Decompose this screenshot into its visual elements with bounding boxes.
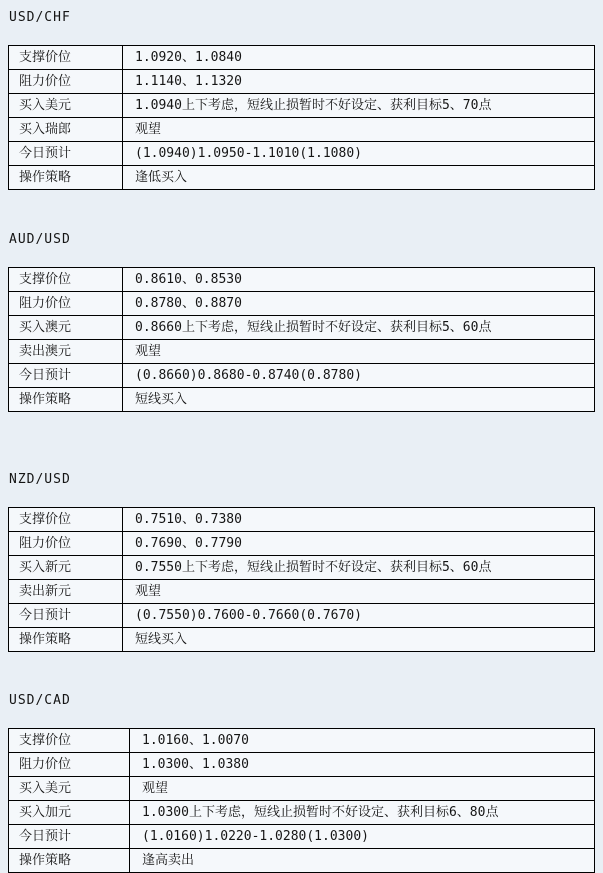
row-value: 0.7550上下考虑，短线止损暂时不好设定、获利目标5、60点: [123, 556, 595, 580]
row-label: 今日预计: [9, 142, 123, 166]
table-row: 买入美元 1.0940上下考虑，短线止损暂时不好设定、获利目标5、70点: [9, 94, 595, 118]
row-label: 阻力价位: [9, 532, 123, 556]
row-label: 卖出澳元: [9, 340, 123, 364]
table-row: 操作策略 逢低买入: [9, 166, 595, 190]
table-row: 支撑价位 1.0920、1.0840: [9, 46, 595, 70]
row-value: 逢低买入: [123, 166, 595, 190]
row-label: 买入新元: [9, 556, 123, 580]
row-value: 1.0300上下考虑，短线止损暂时不好设定、获利目标6、80点: [130, 801, 595, 825]
table-row: 买入加元 1.0300上下考虑，短线止损暂时不好设定、获利目标6、80点: [9, 801, 595, 825]
table-row: 今日预计 (0.7550)0.7600-0.7660(0.7670): [9, 604, 595, 628]
row-value: 0.8660上下考虑，短线止损暂时不好设定、获利目标5、60点: [123, 316, 595, 340]
table-row: 今日预计 (1.0940)1.0950-1.1010(1.1080): [9, 142, 595, 166]
row-label: 操作策略: [9, 628, 123, 652]
table-row: 今日预计 (1.0160)1.0220-1.0280(1.0300): [9, 825, 595, 849]
table-row: 阻力价位 1.1140、1.1320: [9, 70, 595, 94]
analysis-table: 支撑价位 0.7510、0.7380 阻力价位 0.7690、0.7790 买入…: [8, 507, 595, 652]
section-nzd-usd: NZD/USD 支撑价位 0.7510、0.7380 阻力价位 0.7690、0…: [8, 472, 595, 652]
table-row: 操作策略 短线买入: [9, 388, 595, 412]
section-usd-cad: USD/CAD 支撑价位 1.0160、1.0070 阻力价位 1.0300、1…: [8, 693, 595, 873]
row-label: 今日预计: [9, 604, 123, 628]
pair-title: AUD/USD: [9, 232, 595, 247]
table-row: 操作策略 逢高卖出: [9, 849, 595, 873]
row-label: 支撑价位: [9, 268, 123, 292]
row-value: (0.7550)0.7600-0.7660(0.7670): [123, 604, 595, 628]
row-value: 0.8780、0.8870: [123, 292, 595, 316]
table-row: 今日预计 (0.8660)0.8680-0.8740(0.8780): [9, 364, 595, 388]
table-row: 阻力价位 0.8780、0.8870: [9, 292, 595, 316]
table-row: 买入新元 0.7550上下考虑，短线止损暂时不好设定、获利目标5、60点: [9, 556, 595, 580]
row-label: 支撑价位: [9, 46, 123, 70]
table-row: 支撑价位 0.8610、0.8530: [9, 268, 595, 292]
row-value: 短线买入: [123, 628, 595, 652]
analysis-table: 支撑价位 1.0160、1.0070 阻力价位 1.0300、1.0380 买入…: [8, 728, 595, 873]
analysis-table: 支撑价位 1.0920、1.0840 阻力价位 1.1140、1.1320 买入…: [8, 45, 595, 190]
row-label: 操作策略: [9, 849, 130, 873]
table-row: 卖出澳元 观望: [9, 340, 595, 364]
row-label: 买入美元: [9, 94, 123, 118]
table-row: 买入澳元 0.8660上下考虑，短线止损暂时不好设定、获利目标5、60点: [9, 316, 595, 340]
row-label: 买入瑞郎: [9, 118, 123, 142]
row-value: 观望: [123, 580, 595, 604]
row-value: (1.0160)1.0220-1.0280(1.0300): [130, 825, 595, 849]
row-value: 1.0160、1.0070: [130, 729, 595, 753]
row-label: 支撑价位: [9, 508, 123, 532]
table-row: 买入瑞郎 观望: [9, 118, 595, 142]
table-row: 阻力价位 0.7690、0.7790: [9, 532, 595, 556]
row-value: 观望: [123, 340, 595, 364]
section-aud-usd: AUD/USD 支撑价位 0.8610、0.8530 阻力价位 0.8780、0…: [8, 232, 595, 412]
row-label: 阻力价位: [9, 753, 130, 777]
row-label: 卖出新元: [9, 580, 123, 604]
row-label: 操作策略: [9, 166, 123, 190]
row-value: (1.0940)1.0950-1.1010(1.1080): [123, 142, 595, 166]
pair-title: USD/CHF: [9, 10, 595, 25]
row-label: 买入加元: [9, 801, 130, 825]
pair-title: NZD/USD: [9, 472, 595, 487]
page: USD/CHF 支撑价位 1.0920、1.0840 阻力价位 1.1140、1…: [0, 0, 603, 873]
row-value: 逢高卖出: [130, 849, 595, 873]
row-value: 0.7690、0.7790: [123, 532, 595, 556]
table-row: 阻力价位 1.0300、1.0380: [9, 753, 595, 777]
row-value: 观望: [130, 777, 595, 801]
row-label: 阻力价位: [9, 292, 123, 316]
row-value: 1.0300、1.0380: [130, 753, 595, 777]
row-label: 操作策略: [9, 388, 123, 412]
row-label: 今日预计: [9, 364, 123, 388]
row-value: 0.8610、0.8530: [123, 268, 595, 292]
table-row: 支撑价位 1.0160、1.0070: [9, 729, 595, 753]
row-label: 支撑价位: [9, 729, 130, 753]
pair-title: USD/CAD: [9, 693, 595, 708]
row-value: 0.7510、0.7380: [123, 508, 595, 532]
row-label: 买入澳元: [9, 316, 123, 340]
table-row: 操作策略 短线买入: [9, 628, 595, 652]
analysis-table: 支撑价位 0.8610、0.8530 阻力价位 0.8780、0.8870 买入…: [8, 267, 595, 412]
row-label: 阻力价位: [9, 70, 123, 94]
row-value: 短线买入: [123, 388, 595, 412]
row-value: 1.0920、1.0840: [123, 46, 595, 70]
row-value: 1.1140、1.1320: [123, 70, 595, 94]
table-row: 卖出新元 观望: [9, 580, 595, 604]
row-value: (0.8660)0.8680-0.8740(0.8780): [123, 364, 595, 388]
table-row: 支撑价位 0.7510、0.7380: [9, 508, 595, 532]
table-row: 买入美元 观望: [9, 777, 595, 801]
row-label: 买入美元: [9, 777, 130, 801]
row-label: 今日预计: [9, 825, 130, 849]
section-usd-chf: USD/CHF 支撑价位 1.0920、1.0840 阻力价位 1.1140、1…: [8, 10, 595, 190]
row-value: 观望: [123, 118, 595, 142]
row-value: 1.0940上下考虑，短线止损暂时不好设定、获利目标5、70点: [123, 94, 595, 118]
